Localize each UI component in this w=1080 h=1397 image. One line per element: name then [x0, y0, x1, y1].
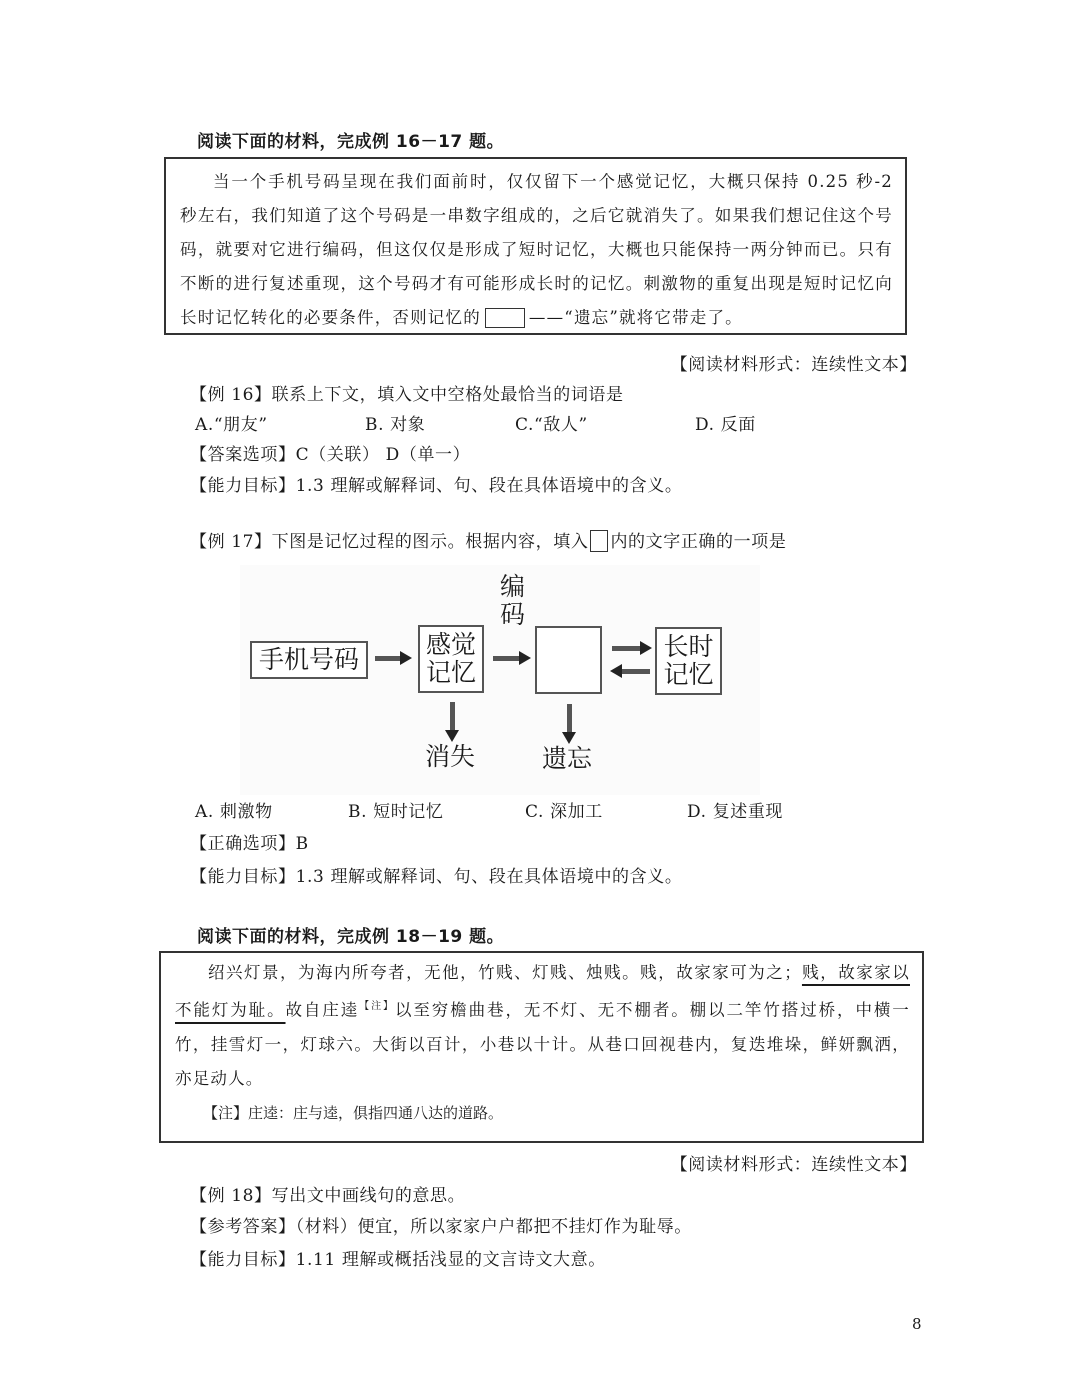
- section-heading-18-19: 阅读下面的材料，完成例 18－19 题。: [197, 922, 504, 947]
- example17-options: A. 刺激物B. 短时记忆C. 深加工D. 复述重现: [195, 797, 895, 822]
- diagram-label-disappear: 消失: [425, 743, 475, 771]
- example17-ability: 【能力目标】1.3 理解或解释词、句、段在具体语境中的含义。: [190, 862, 682, 887]
- arrow-down-icon: [450, 702, 455, 732]
- example17-question: 【例 17】下图是记忆过程的图示。根据内容，填入内的文字正确的一项是: [190, 527, 786, 552]
- option-d: D. 反面: [695, 410, 756, 435]
- material-paragraph: 当一个手机号码呈现在我们面前时，仅仅留下一个感觉记忆，大概只保持 0.25 秒-…: [180, 165, 893, 335]
- arrow-left-icon: [620, 669, 650, 674]
- fill-blank-box: [485, 308, 525, 328]
- page-number: 8: [912, 1315, 922, 1333]
- diagram-box-sensory-memory: 感觉记忆: [418, 625, 484, 693]
- material-paragraph: 绍兴灯景，为海内所夸者，无他，竹贱、灯贱、烛贱。贱，故家家可为之；贱，故家家以不…: [175, 956, 910, 1096]
- example16-question: 【例 16】联系上下文，填入文中空格处最恰当的词语是: [190, 380, 624, 405]
- option-d: D. 复述重现: [687, 797, 783, 822]
- question-text-end: 内的文字正确的一项是: [610, 532, 786, 552]
- diagram-box-blank: [535, 626, 602, 694]
- example16-options: A.“朋友”B. 对象C.“敌人”D. 反面: [195, 410, 895, 435]
- arrow-down-icon: [567, 704, 572, 734]
- section-heading-16-17: 阅读下面的材料，完成例 16－17 题。: [197, 127, 504, 152]
- diagram-box-long-term-memory: 长时记忆: [655, 627, 722, 695]
- material-text: 当一个手机号码呈现在我们面前时，仅仅留下一个感觉记忆，大概只保持 0.25 秒-…: [180, 172, 893, 327]
- fill-box-icon: [590, 530, 608, 552]
- question-text: 【例 17】下图是记忆过程的图示。根据内容，填入: [190, 532, 588, 552]
- material-box-memory: 当一个手机号码呈现在我们面前时，仅仅留下一个感觉记忆，大概只保持 0.25 秒-…: [164, 157, 907, 335]
- option-b: B. 短时记忆: [348, 797, 525, 822]
- material-form-label: 【阅读材料形式：连续性文本】: [671, 350, 917, 375]
- example18-question: 【例 18】写出文中画线句的意思。: [190, 1181, 465, 1206]
- example16-ability: 【能力目标】1.3 理解或解释词、句、段在具体语境中的含义。: [190, 471, 682, 496]
- material-text: 绍兴灯景，为海内所夸者，无他，竹贱、灯贱、烛贱。贱，故家家可为之；: [208, 963, 802, 982]
- note-marker: 【注】: [359, 1001, 395, 1012]
- memory-process-diagram: 手机号码 感觉记忆 编码 长时记忆 消失 遗忘: [240, 565, 760, 795]
- diagram-label-forget: 遗忘: [542, 745, 592, 773]
- example16-answer: 【答案选项】C（关联） D（单一）: [190, 440, 470, 465]
- option-c: C.“敌人”: [515, 410, 695, 435]
- material-text-end: ——“遗忘”就将它带走了。: [529, 308, 743, 327]
- option-b: B. 对象: [365, 410, 515, 435]
- material-text: 故自庄逵: [286, 1001, 360, 1020]
- material-form-label: 【阅读材料形式：连续性文本】: [671, 1150, 917, 1175]
- arrow-right-icon: [375, 656, 402, 661]
- arrow-right-icon: [493, 656, 521, 661]
- example18-answer: 【参考答案】（材料）便宜，所以家家户户都把不挂灯作为耻辱。: [190, 1212, 692, 1237]
- example18-ability: 【能力目标】1.11 理解或概括浅显的文言诗文大意。: [190, 1245, 606, 1270]
- option-a: A.“朋友”: [195, 410, 365, 435]
- material-note: 【注】庄逵：庄与逵，俱指四通八达的道路。: [175, 1102, 910, 1123]
- example17-answer: 【正确选项】B: [190, 829, 309, 854]
- option-c: C. 深加工: [525, 797, 687, 822]
- diagram-label-encode: 编码: [500, 573, 526, 629]
- option-a: A. 刺激物: [195, 797, 348, 822]
- diagram-box-phone-number: 手机号码: [250, 641, 368, 679]
- arrow-right-icon: [612, 646, 642, 651]
- material-box-lantern: 绍兴灯景，为海内所夸者，无他，竹贱、灯贱、烛贱。贱，故家家可为之；贱，故家家以不…: [159, 951, 924, 1143]
